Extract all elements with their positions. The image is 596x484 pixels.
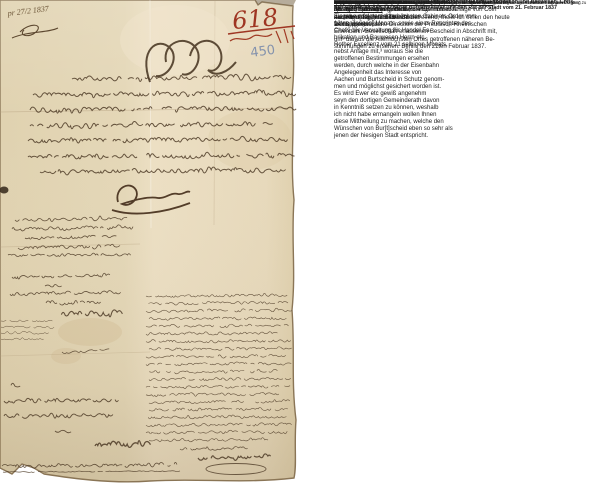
archive-page-view: pr 27/2 1837 618 450 Stadtarchiv Aachen … [0,0,596,484]
document-scan: pr 27/2 1837 618 450 [0,0,330,484]
scan-image: pr 27/2 1837 618 450 [0,0,330,484]
transcription-page: Stadtarchiv Aachen 1.2.2017 Archivale de… [334,0,590,484]
footnote-6: ⁶ Die Wörter „als Bescheid auf eine dies… [334,0,590,5]
